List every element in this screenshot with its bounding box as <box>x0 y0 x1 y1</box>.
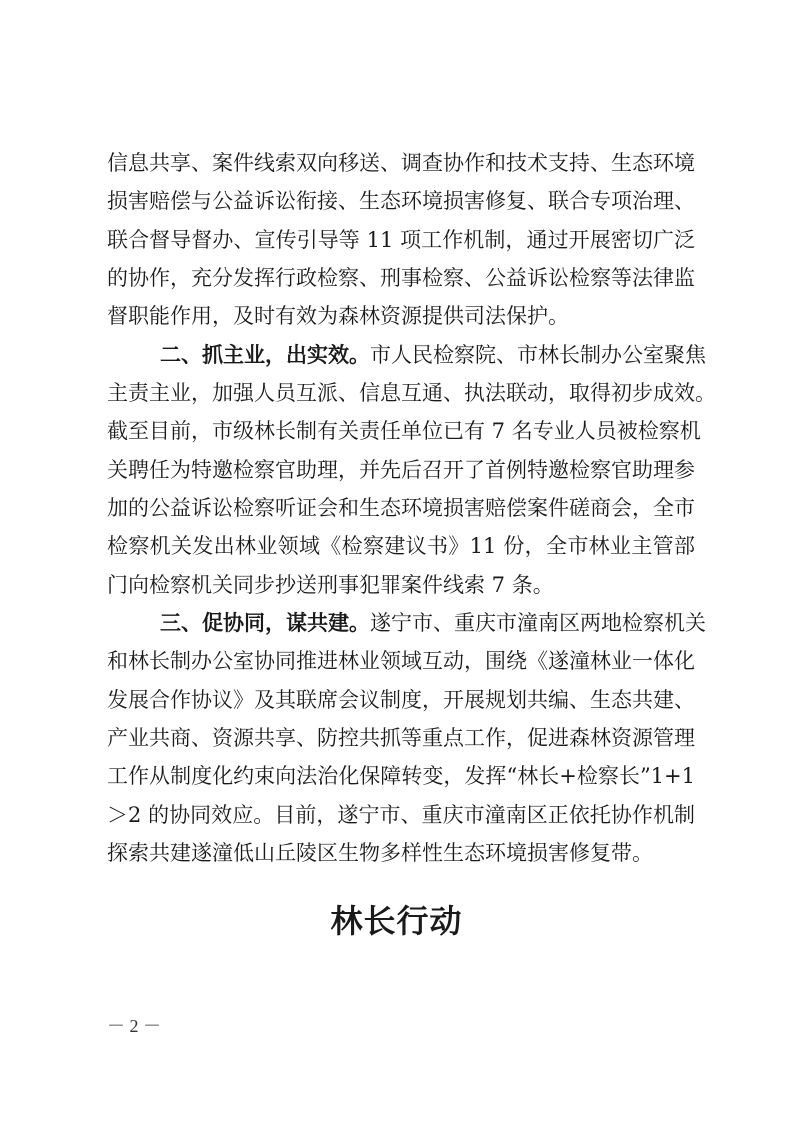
text-line: 检察机关发出林业领域《检察建议书》11 份，全市林业主管部 <box>107 531 695 561</box>
document-page: 信息共享、案件线索双向移送、调查协作和技术支持、生态环境 损害赔偿与公益诉讼衔接… <box>0 0 793 1122</box>
text-line: ＞2 的协同效应。目前，遂宁市、重庆市潼南区正依托协作机制 <box>107 800 695 830</box>
text-line: 信息共享、案件线索双向移送、调查协作和技术支持、生态环境 <box>107 148 695 178</box>
paragraph-heading: 二、抓主业，出实效。 <box>160 343 370 367</box>
paragraph-heading: 三、促协同，谋共建。 <box>160 611 370 635</box>
text-line: 加的公益诉讼检察听证会和生态环境损害赔偿案件磋商会，全市 <box>107 493 695 523</box>
text-line: 联合督导督办、宣传引导等 11 项工作机制，通过开展密切广泛 <box>107 225 695 255</box>
paragraph-first-line: 三、促协同，谋共建。遂宁市、重庆市潼南区两地检察机关 <box>107 608 695 638</box>
text-line: 产业共商、资源共享、防控共抓等重点工作，促进森林资源管理 <box>107 723 695 753</box>
text-line: 损害赔偿与公益诉讼衔接、生态环境损害修复、联合专项治理、 <box>107 186 695 216</box>
text-line: 的协作，充分发挥行政检察、刑事检察、公益诉讼检察等法律监 <box>107 263 695 293</box>
paragraph-first-line: 二、抓主业，出实效。市人民检察院、市林长制办公室聚焦 <box>107 340 695 370</box>
section-heading: 林长行动 <box>0 896 793 942</box>
text-span: 市人民检察院、市林长制办公室聚焦 <box>370 343 706 367</box>
page-number: － 2 － <box>107 1012 161 1038</box>
text-line: 门向检察机关同步抄送刑事犯罪案件线索 7 条。 <box>107 570 695 600</box>
text-line: 督职能作用，及时有效为森林资源提供司法保护。 <box>107 301 695 331</box>
text-line: 关聘任为特邀检察官助理，并先后召开了首例特邀检察官助理参 <box>107 455 695 485</box>
text-line: 和林长制办公室协同推进林业领域互动，围绕《遂潼林业一体化 <box>107 646 695 676</box>
text-line: 工作从制度化约束向法治化保障转变，发挥“林长+检察长”1+1 <box>107 761 695 791</box>
text-span: 遂宁市、重庆市潼南区两地检察机关 <box>370 611 706 635</box>
text-line: 探索共建遂潼低山丘陵区生物多样性生态环境损害修复带。 <box>107 838 695 868</box>
text-line: 主责主业，加强人员互派、信息互通、执法联动，取得初步成效。 <box>107 378 695 408</box>
text-line: 截至目前，市级林长制有关责任单位已有 7 名专业人员被检察机 <box>107 416 695 446</box>
text-line: 发展合作协议》及其联席会议制度，开展规划共编、生态共建、 <box>107 685 695 715</box>
